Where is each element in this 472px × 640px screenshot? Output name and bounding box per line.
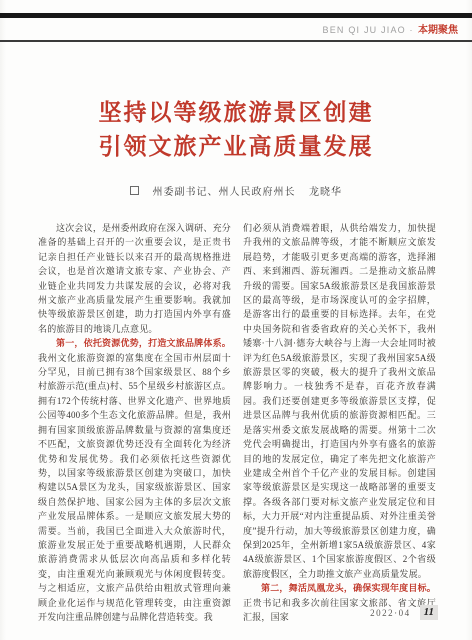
page-number-badge: 11: [420, 605, 438, 620]
paragraph-intro: 这次会议，是州委州政府在深入调研、充分准备的基础上召开的一次重要会议，是正贵书记…: [38, 221, 231, 336]
left-column: 这次会议，是州委州政府在深入调研、充分准备的基础上召开的一次重要会议，是正贵书记…: [38, 221, 231, 624]
section-1-continued-text: 们必须从消费端着眼，从供给端发力，加快提升我州的文旅品牌等级，才能不断顺应文旅发…: [243, 223, 436, 579]
paragraph-intro-text: 这次会议，是州委州政府在深入调研、充分准备的基础上召开的一次重要会议，是正贵书记…: [38, 223, 231, 334]
byline-square-icon: [130, 186, 139, 195]
page-footer: 2022·04 11: [370, 605, 438, 620]
article-body: 这次会议，是州委州政府在深入调研、充分准备的基础上召开的一次重要会议，是正贵书记…: [38, 221, 436, 624]
byline-role-label: 州委副书记、州人民政府州长: [153, 187, 296, 198]
magazine-page: BEN QI JU JIAO · 本期聚焦 坚持以等级旅游景区创建 引领文旅产业…: [0, 0, 472, 640]
right-column: 们必须从消费端着眼，从供给端发力，加快提升我州的文旅品牌等级，才能不断顺应文旅发…: [243, 221, 436, 624]
eyebrow-pinyin-label: BEN QI JU JIAO ·: [323, 25, 414, 35]
byline-author: 龙晓华: [309, 187, 342, 198]
section-1-text: 我州文化旅游资源的富集度在全国市州层面十分罕见，目前已拥有38个国家级景区、88…: [38, 353, 231, 622]
byline: 州委副书记、州人民政府州长 龙晓华: [0, 183, 472, 198]
section-1-lead: 第一，依托资源优势，打造文旅品牌体系。: [56, 338, 231, 348]
issue-label: 2022·04: [370, 608, 411, 618]
paragraph-section-1-continued: 们必须从消费端着眼，从供给端发力，加快提升我州的文旅品牌等级，才能不断顺应文旅发…: [243, 221, 436, 581]
article-title-line1: 坚持以等级旅游景区创建: [0, 96, 472, 130]
paragraph-section-1: 第一，依托资源优势，打造文旅品牌体系。 我州文化旅游资源的富集度在全国市州层面十…: [38, 336, 231, 624]
eyebrow-section-label: 本期聚焦: [418, 25, 458, 36]
section-eyebrow: BEN QI JU JIAO · 本期聚焦: [323, 24, 458, 37]
header-rule: [0, 40, 472, 42]
header-black-bar: [0, 13, 472, 18]
article-title-line2: 引领文旅产业高质量发展: [0, 130, 472, 164]
section-2-lead: 第二，舞活凤凰龙头，确保实现年度目标。: [261, 583, 436, 593]
article-title: 坚持以等级旅游景区创建 引领文旅产业高质量发展: [0, 96, 472, 164]
